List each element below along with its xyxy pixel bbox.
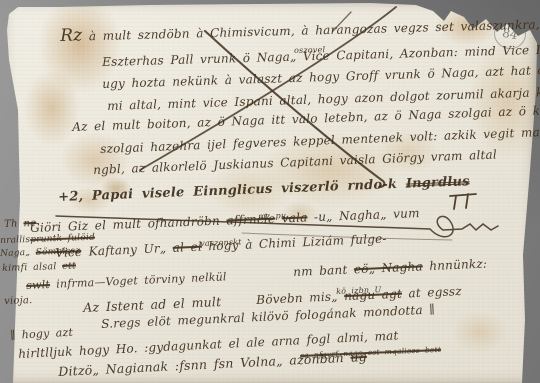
interlinear-insertion: oszovel	[294, 46, 325, 55]
margin-note: Th ne	[4, 219, 36, 230]
margin-note: vioja.	[4, 296, 33, 307]
manuscript-photo: 84 Rz à mult szndöbn à Chimisvicum, à ha…	[0, 0, 540, 383]
interlinear-insertion: vaszonskt	[200, 238, 242, 248]
heading-prefix: +2,	[58, 189, 84, 205]
margin-note: ∥ hogy azt	[10, 327, 73, 341]
opening-flourish: Rz	[60, 25, 83, 46]
margin-note: kimfi alsal ett	[2, 261, 76, 273]
interlinear-insertion: mz pu	[258, 212, 286, 221]
heading-struck-word: Ingrdlus	[406, 174, 470, 191]
